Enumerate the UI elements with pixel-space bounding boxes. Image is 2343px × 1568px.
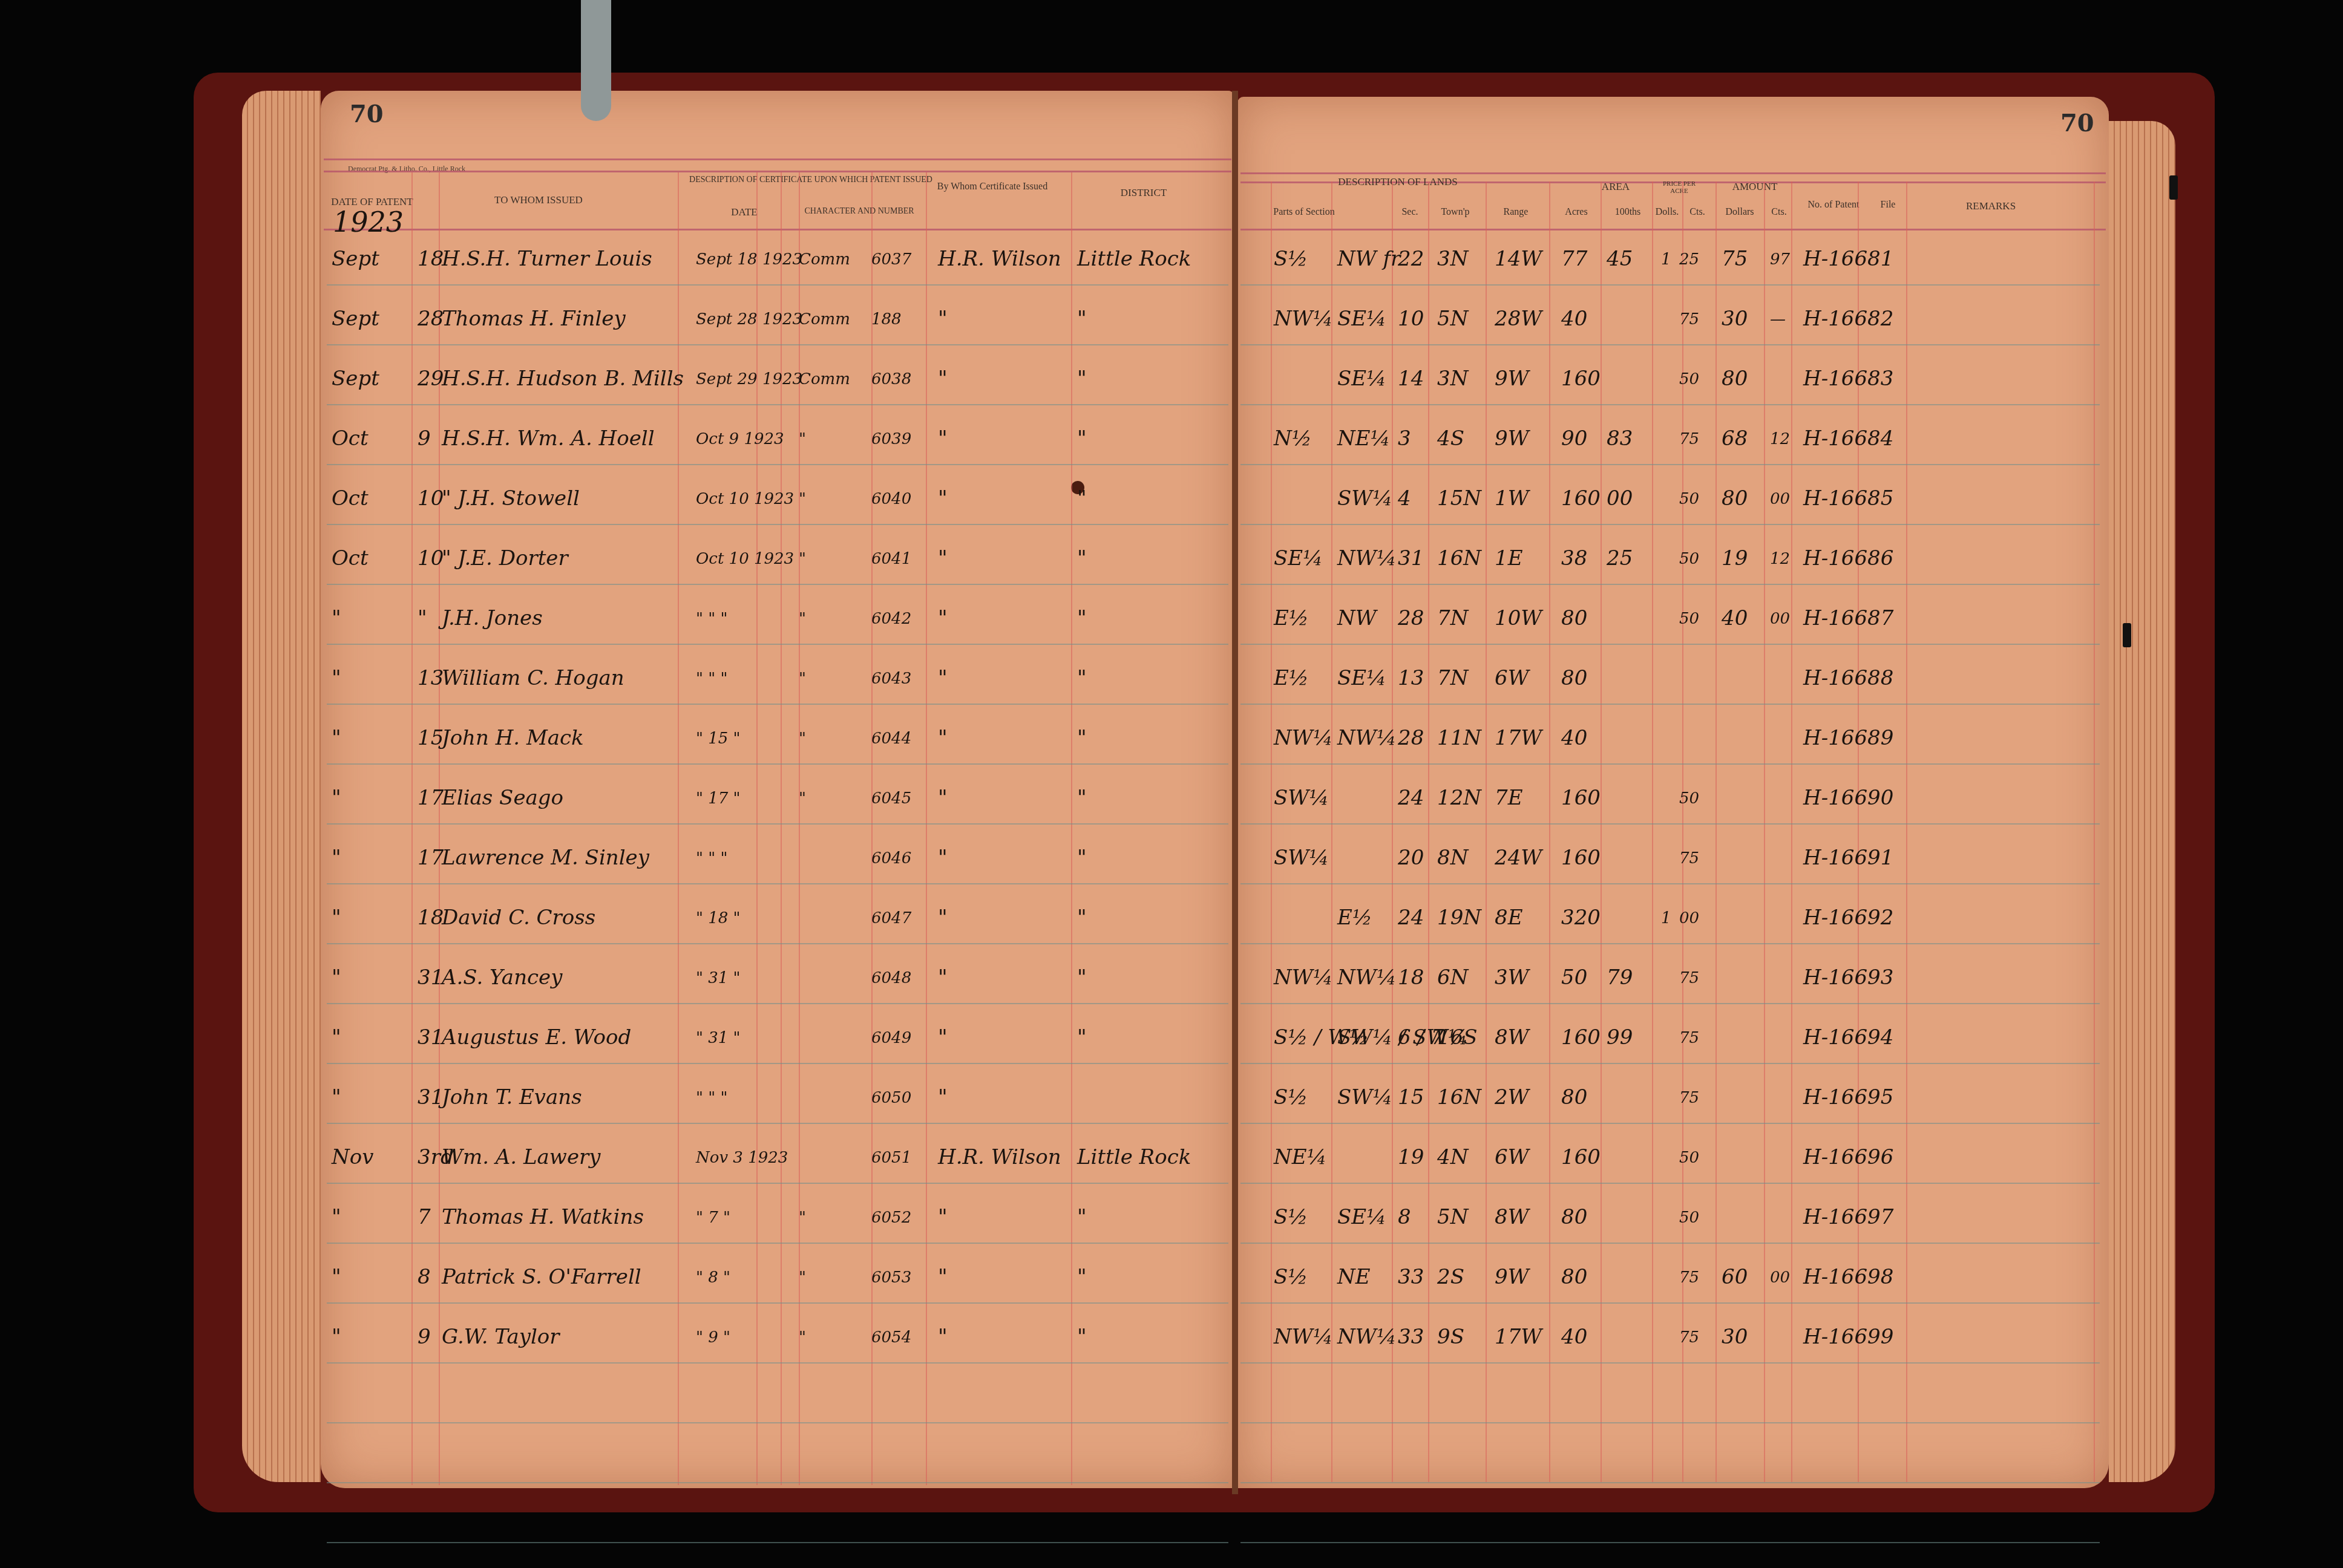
patent-month: " [332, 606, 341, 630]
patent-month: " [332, 1265, 341, 1289]
column-rule [1331, 181, 1332, 1482]
range: 24W [1495, 846, 1542, 870]
row-rule [1240, 644, 2100, 645]
grantee-name: A.S. Yancey [442, 965, 562, 990]
patent-day: 13 [418, 666, 444, 690]
acres: 40 [1561, 307, 1587, 331]
patent-day: 10 [418, 486, 444, 511]
patent-day: " [418, 606, 427, 630]
row-rule [1240, 943, 2100, 944]
certificate-date: Nov 3 1923 [696, 1149, 788, 1167]
range: 17W [1495, 1325, 1542, 1349]
patent-month: " [332, 906, 341, 930]
part-of-section-2: SE¼ [1337, 1205, 1386, 1229]
issued-by: " [938, 367, 948, 391]
township: 9S [1437, 1325, 1464, 1349]
patent-number: H-16686 [1803, 546, 1893, 570]
acres: 160 [1561, 1145, 1601, 1169]
amount-dollars: 80 [1722, 486, 1748, 511]
part-of-section-2: SE¼ [1337, 666, 1386, 690]
issued-by: " [938, 906, 948, 930]
part-of-section-1: S½ [1274, 1085, 1308, 1109]
patent-number: H-16693 [1803, 965, 1893, 990]
patent-day: 7 [418, 1205, 431, 1229]
header-rule [324, 171, 1231, 172]
certificate-date: " 9 " [696, 1328, 730, 1347]
patent-number: H-16691 [1803, 846, 1893, 870]
header-remarks: Remarks [1930, 201, 2051, 212]
district: " [1077, 546, 1087, 570]
district: " [1077, 965, 1087, 990]
patent-number: H-16685 [1803, 486, 1893, 511]
row-rule [327, 1542, 1228, 1543]
certificate-number: 188 [871, 310, 902, 328]
patent-day: 8 [418, 1265, 431, 1289]
certificate-date: Sept 29 1923 [696, 370, 802, 388]
section: 15 [1398, 1085, 1424, 1109]
row-rule [327, 344, 1228, 345]
row-rule [1240, 1422, 2100, 1423]
column-rule [781, 172, 782, 1485]
certificate-date: Sept 28 1923 [696, 310, 802, 328]
certificate-date: Sept 18 1923 [696, 250, 802, 269]
patent-number: H-16682 [1803, 307, 1893, 331]
price-cents: 75 [1679, 1269, 1699, 1287]
row-rule [327, 464, 1228, 465]
column-rule [1549, 181, 1550, 1482]
left-page-number: 70 [350, 100, 384, 128]
row-rule [1240, 883, 2100, 884]
year-heading: 1923 [333, 206, 404, 238]
patent-month: " [332, 726, 341, 750]
grantee-name: Elias Seago [442, 786, 563, 810]
range: 10W [1495, 606, 1542, 630]
acres: 90 [1561, 426, 1587, 451]
price-cents: 50 [1679, 370, 1699, 388]
row-rule [1240, 1063, 2100, 1064]
certificate-date: " " " [696, 1089, 727, 1107]
patent-month: Sept [332, 367, 379, 391]
column-rule [1601, 181, 1602, 1482]
township: 11N [1437, 726, 1481, 750]
row-rule [1240, 1003, 2100, 1004]
column-rule [1392, 181, 1393, 1482]
range: 8W [1495, 1205, 1529, 1229]
part-of-section-2: NW¼ [1337, 726, 1397, 750]
issued-by: " [938, 666, 948, 690]
row-rule [327, 763, 1228, 765]
amount-cents: 00 [1770, 610, 1790, 628]
acres-hundredths: 83 [1607, 426, 1633, 451]
row-rule [327, 1003, 1228, 1004]
patent-number: H-16681 [1803, 247, 1893, 271]
row-rule [327, 1243, 1228, 1244]
acres: 160 [1561, 846, 1601, 870]
header-hundredths: 100ths [1607, 207, 1649, 218]
district: " [1077, 1265, 1087, 1289]
district: " [1077, 906, 1087, 930]
issued-by: " [938, 426, 948, 451]
range: 2W [1495, 1085, 1529, 1109]
header-cert-date: Date [696, 207, 793, 218]
patent-month: Sept [332, 307, 379, 331]
grantee-name: H.S.H. Wm. A. Hoell [442, 426, 655, 451]
district: Little Rock [1077, 1145, 1191, 1169]
header-range: Range [1495, 207, 1537, 218]
certificate-character: " [799, 490, 806, 508]
price-cents: 25 [1679, 250, 1699, 269]
patent-month: " [332, 1025, 341, 1050]
patent-day: 17 [418, 786, 444, 810]
township: 16N [1437, 1085, 1481, 1109]
grantee-name: G.W. Taylor [442, 1325, 560, 1349]
acres: 80 [1561, 606, 1587, 630]
amount-dollars: 68 [1722, 426, 1748, 451]
row-rule [1240, 404, 2100, 405]
range: 8W [1495, 1025, 1529, 1050]
header-district: District [1083, 188, 1204, 199]
price-cents: 75 [1679, 969, 1699, 987]
district: " [1077, 846, 1087, 870]
range: 7E [1495, 786, 1522, 810]
certificate-number: 6045 [871, 789, 911, 808]
grantee-name: Wm. A. Lawery [442, 1145, 601, 1169]
patent-number: H-16683 [1803, 367, 1893, 391]
row-rule [327, 524, 1228, 525]
header-price-cts: Cts. [1685, 207, 1709, 218]
certificate-number: 6051 [871, 1149, 911, 1167]
row-rule [327, 584, 1228, 585]
patent-day: 31 [418, 1025, 444, 1050]
row-rule [1240, 1482, 2100, 1483]
certificate-character: Comm [799, 370, 850, 388]
acres: 320 [1561, 906, 1601, 930]
certificate-character: Comm [799, 310, 850, 328]
district: " [1077, 1205, 1087, 1229]
patent-number: H-16699 [1803, 1325, 1893, 1349]
patent-month: Oct [332, 546, 369, 570]
row-rule [1240, 1123, 2100, 1124]
header-rule [324, 158, 1231, 160]
certificate-number: 6038 [871, 370, 911, 388]
header-parts-of-section: Parts of Section [1253, 207, 1355, 218]
patent-number: H-16688 [1803, 666, 1893, 690]
section: 24 [1398, 906, 1424, 930]
row-rule [327, 1063, 1228, 1064]
certificate-date: Oct 10 1923 [696, 550, 794, 568]
amount-cents: 12 [1770, 550, 1790, 568]
grantee-name: Augustus E. Wood [442, 1025, 631, 1050]
part-of-section-2: NE¼ [1337, 426, 1391, 451]
issued-by: " [938, 965, 948, 990]
acres-hundredths: 99 [1607, 1025, 1633, 1050]
header-area: Area [1579, 181, 1652, 193]
grantee-name: H.S.H. Turner Louis [442, 247, 652, 271]
header-rule [324, 229, 1231, 230]
certificate-character: " [799, 1269, 806, 1287]
issued-by: " [938, 1085, 948, 1109]
patent-day: 28 [418, 307, 444, 331]
price-cents: 50 [1679, 1149, 1699, 1167]
part-of-section-1: NW¼ [1274, 726, 1333, 750]
patent-number: H-16689 [1803, 726, 1893, 750]
range: 14W [1495, 247, 1542, 271]
district: " [1077, 1325, 1087, 1349]
acres: 50 [1561, 965, 1587, 990]
patent-number: H-16696 [1803, 1145, 1893, 1169]
price-dollars: 1 [1661, 909, 1671, 927]
row-rule [327, 704, 1228, 705]
amount-cents: 00 [1770, 490, 1790, 508]
column-rule [1071, 172, 1072, 1485]
certificate-number: 6044 [871, 730, 911, 748]
certificate-date: " 15 " [696, 730, 741, 748]
part-of-section-1: S½ [1274, 1265, 1308, 1289]
price-cents: 50 [1679, 610, 1699, 628]
acres: 40 [1561, 1325, 1587, 1349]
certificate-date: Oct 10 1923 [696, 490, 794, 508]
district: " [1077, 426, 1087, 451]
grantee-name: John H. Mack [442, 726, 584, 750]
column-rule [2094, 181, 2095, 1482]
acres: 80 [1561, 1085, 1587, 1109]
district: " [1077, 1025, 1087, 1050]
amount-dollars: 60 [1722, 1265, 1748, 1289]
column-rule [1791, 181, 1792, 1482]
column-rule [1652, 181, 1653, 1482]
district: " [1077, 486, 1087, 511]
patent-month: " [332, 965, 341, 990]
header-amount-cts: Cts. [1767, 207, 1791, 218]
header-dolls: Dolls. [1652, 207, 1682, 218]
patent-month: Oct [332, 426, 369, 451]
part-of-section-1: S½ [1274, 1205, 1308, 1229]
issued-by: " [938, 846, 948, 870]
row-rule [327, 1422, 1228, 1423]
issued-by: H.R. Wilson [938, 1145, 1061, 1169]
price-cents: 50 [1679, 490, 1699, 508]
price-cents: 00 [1679, 909, 1699, 927]
row-rule [1240, 763, 2100, 765]
row-rule [1240, 1542, 2100, 1543]
patent-number: H-16698 [1803, 1265, 1893, 1289]
part-of-section-2: E½ [1337, 906, 1372, 930]
section: 28 [1398, 606, 1424, 630]
patent-day: 9 [418, 1325, 431, 1349]
grantee-name: J.H. Jones [442, 606, 543, 630]
part-of-section-1: NW¼ [1274, 307, 1333, 331]
issued-by: H.R. Wilson [938, 247, 1061, 271]
certificate-character: " [799, 670, 806, 688]
part-of-section-1: SW¼ [1274, 786, 1329, 810]
township: 16S [1437, 1025, 1478, 1050]
row-rule [327, 1183, 1228, 1184]
section: 4 [1398, 486, 1411, 511]
patent-number: H-16684 [1803, 426, 1893, 451]
certificate-number: 6054 [871, 1328, 911, 1347]
header-no-of-patent: No. of Patent [1800, 200, 1867, 211]
row-rule [327, 883, 1228, 884]
patent-day: 9 [418, 426, 431, 451]
township: 4S [1437, 426, 1464, 451]
column-rule [1486, 181, 1487, 1482]
certificate-number: 6046 [871, 849, 911, 867]
header-amount: Amount [1719, 181, 1791, 193]
row-rule [1240, 464, 2100, 465]
section: 10 [1398, 307, 1424, 331]
certificate-number: 6040 [871, 490, 911, 508]
grantee-name: David C. Cross [442, 906, 595, 930]
grantee-name: John T. Evans [442, 1085, 582, 1109]
row-rule [1240, 1183, 2100, 1184]
acres-hundredths: 45 [1607, 247, 1633, 271]
section: 31 [1398, 546, 1424, 570]
row-rule [1240, 823, 2100, 825]
acres: 160 [1561, 1025, 1601, 1050]
patent-month: " [332, 1085, 341, 1109]
certificate-date: Oct 9 1923 [696, 430, 784, 448]
township: 3N [1437, 367, 1468, 391]
grantee-name: H.S.H. Hudson B. Mills [442, 367, 684, 391]
acres-hundredths: 25 [1607, 546, 1633, 570]
acres: 160 [1561, 486, 1601, 511]
township: 8N [1437, 846, 1468, 870]
patent-day: 31 [418, 1085, 444, 1109]
section: 33 [1398, 1265, 1424, 1289]
part-of-section-2: NW¼ [1337, 546, 1397, 570]
column-rule [1428, 181, 1429, 1482]
district: Little Rock [1077, 247, 1191, 271]
patent-month: " [332, 1205, 341, 1229]
column-rule [1764, 181, 1765, 1482]
certificate-date: " 7 " [696, 1209, 730, 1227]
acres: 40 [1561, 726, 1587, 750]
township: 7N [1437, 666, 1468, 690]
part-of-section-2: NW¼ [1337, 965, 1397, 990]
issued-by: " [938, 1265, 948, 1289]
header-sec: Sec. [1395, 207, 1425, 218]
patent-day: 17 [418, 846, 444, 870]
certificate-date: " 17 " [696, 789, 741, 808]
part-of-section-2: NW¼ [1337, 1325, 1397, 1349]
amount-cents: — [1770, 310, 1786, 328]
certificate-date: " " " [696, 670, 727, 688]
issued-by: " [938, 726, 948, 750]
certificate-number: 6053 [871, 1269, 911, 1287]
patent-day: 29 [418, 367, 444, 391]
district: " [1077, 666, 1087, 690]
certificate-character: " [799, 1209, 806, 1227]
patent-month: " [332, 786, 341, 810]
acres: 160 [1561, 367, 1601, 391]
township: 16N [1437, 546, 1481, 570]
part-of-section-1: SW¼ [1274, 846, 1329, 870]
index-tab-icon [2169, 175, 2178, 200]
header-file: File [1870, 200, 1906, 211]
certificate-number: 6049 [871, 1029, 911, 1047]
header-acres: Acres [1555, 207, 1597, 218]
patent-number: H-16687 [1803, 606, 1893, 630]
price-cents: 75 [1679, 310, 1699, 328]
header-rule [1240, 229, 2106, 230]
part-of-section-1: E½ [1274, 606, 1309, 630]
grantee-name: Patrick S. O'Farrell [442, 1265, 641, 1289]
row-rule [1240, 704, 2100, 705]
certificate-character: " [799, 1328, 806, 1347]
price-cents: 75 [1679, 430, 1699, 448]
part-of-section-2: SE¼ [1337, 307, 1386, 331]
certificate-number: 6047 [871, 909, 911, 927]
section: 19 [1398, 1145, 1424, 1169]
row-rule [327, 823, 1228, 825]
certificate-date: " 18 " [696, 909, 741, 927]
column-rule [871, 172, 873, 1485]
patent-month: " [332, 846, 341, 870]
range: 9W [1495, 367, 1529, 391]
header-certificate-group: Description of Certificate upon which Pa… [684, 175, 938, 185]
header-township: Town'p [1434, 207, 1476, 218]
patent-month: Nov [332, 1145, 373, 1169]
part-of-section-2: SE¼ [1337, 367, 1386, 391]
acres-hundredths: 79 [1607, 965, 1633, 990]
amount-dollars: 75 [1722, 247, 1748, 271]
grantee-name: William C. Hogan [442, 666, 624, 690]
township: 3N [1437, 247, 1468, 271]
patent-day: 31 [418, 965, 444, 990]
certificate-number: 6037 [871, 250, 911, 269]
section: 3 [1398, 426, 1411, 451]
row-rule [327, 1362, 1228, 1364]
township: 4N [1437, 1145, 1468, 1169]
column-rule [1715, 181, 1717, 1482]
certificate-date: " 31 " [696, 969, 741, 987]
amount-dollars: 30 [1722, 1325, 1748, 1349]
row-rule [327, 1302, 1228, 1304]
part-of-section-2: SW¼ [1337, 1085, 1392, 1109]
township: 5N [1437, 307, 1468, 331]
acres: 160 [1561, 786, 1601, 810]
grantee-name: Lawrence M. Sinley [442, 846, 649, 870]
row-rule [327, 1482, 1228, 1483]
row-rule [1240, 584, 2100, 585]
column-rule [411, 172, 413, 1485]
acres: 77 [1561, 247, 1587, 271]
district: " [1077, 606, 1087, 630]
right-page-number: 70 [2060, 109, 2094, 137]
left-page-edges [242, 91, 321, 1482]
range: 17W [1495, 726, 1542, 750]
issued-by: " [938, 1025, 948, 1050]
township: 19N [1437, 906, 1481, 930]
row-rule [1240, 524, 2100, 525]
row-rule [327, 284, 1228, 286]
certificate-number: 6050 [871, 1089, 911, 1107]
row-rule [1240, 284, 2100, 286]
amount-cents: 12 [1770, 430, 1790, 448]
amount-dollars: 80 [1722, 367, 1748, 391]
section: 24 [1398, 786, 1424, 810]
row-rule [1240, 1243, 2100, 1244]
grantee-name: " J.H. Stowell [442, 486, 580, 511]
township: 5N [1437, 1205, 1468, 1229]
township: 7N [1437, 606, 1468, 630]
part-of-section-2: NW fr [1337, 247, 1400, 271]
row-rule [327, 943, 1228, 944]
price-cents: 75 [1679, 1089, 1699, 1107]
part-of-section-1: E½ [1274, 666, 1309, 690]
index-tab-icon [2123, 623, 2131, 647]
part-of-section-2: SW¼ [1337, 486, 1392, 511]
